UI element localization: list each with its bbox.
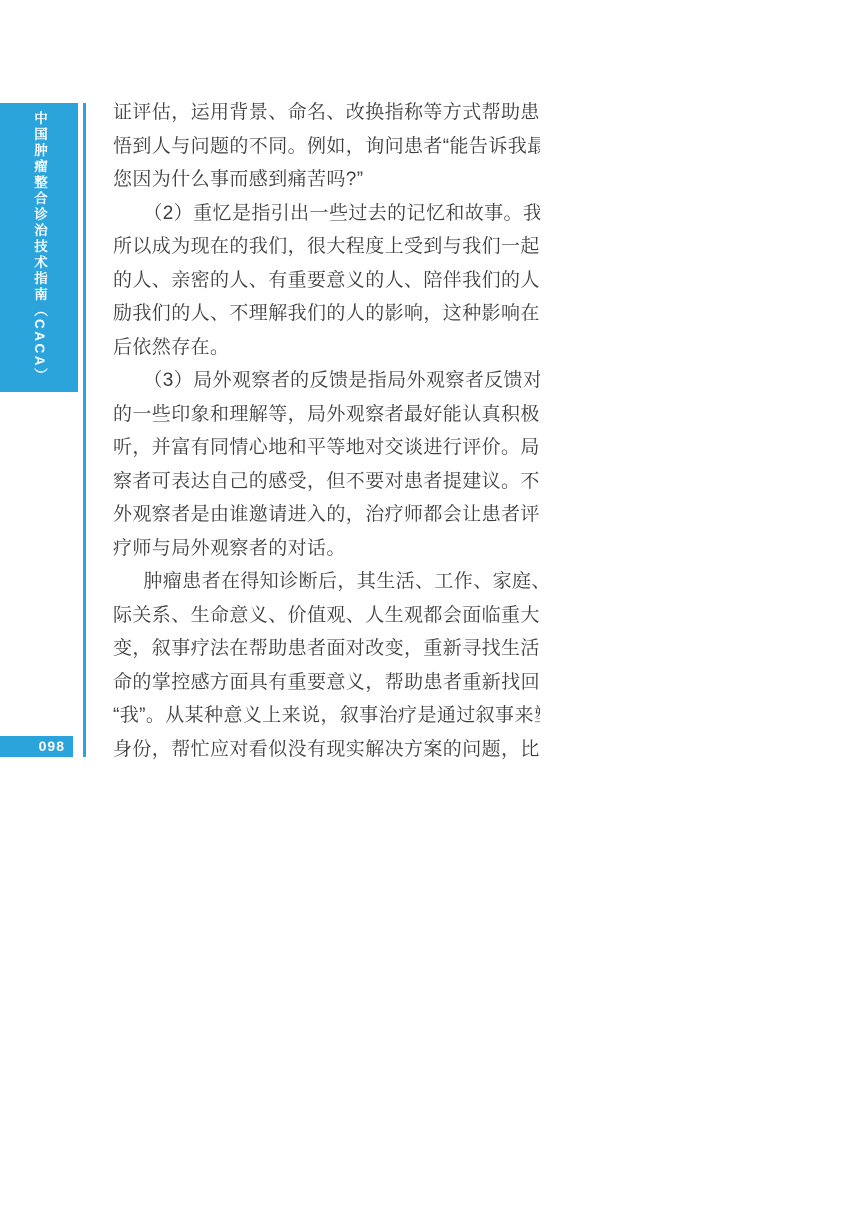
text-line: “我”。从某种意义上来说，叙事治疗是通过叙事来塑造	[113, 699, 540, 733]
text-line: 所以成为现在的我们，很大程度上受到与我们一起生活	[113, 230, 540, 264]
text-line: 外观察者是由谁邀请进入的，治疗师都会让患者评价治	[113, 498, 540, 532]
text-line: 悟到人与问题的不同。例如，询问患者“能告诉我最近	[113, 130, 540, 164]
book-title-sidebar: 中国肿瘤整合诊治技术指南（CACA）	[0, 103, 78, 392]
text-line: 命的掌控感方面具有重要意义，帮助患者重新找回	[113, 666, 540, 700]
text-line: 听，并富有同情心地和平等地对交谈进行评价。局外观	[113, 431, 540, 465]
text-line: （2）重忆是指引出一些过去的记忆和故事。我们之	[113, 197, 540, 231]
text-line: 励我们的人、不理解我们的人的影响，这种影响在生病	[113, 297, 540, 331]
text-line: 身份，帮忙应对看似没有现实解决方案的问题，比如死	[113, 733, 540, 767]
text-line: 肿瘤患者在得知诊断后，其生活、工作、家庭、人	[113, 565, 540, 599]
text-line: 的人、亲密的人、有重要意义的人、陪伴我们的人、激	[113, 264, 540, 298]
vertical-divider	[83, 103, 86, 757]
text-line: 察者可表达自己的感受，但不要对患者提建议。不管局	[113, 465, 540, 499]
text-line: 际关系、生命意义、价值观、人生观都会面临重大改	[113, 599, 540, 633]
text-line: 变，叙事疗法在帮助患者面对改变，重新寻找生活和生	[113, 632, 540, 666]
book-title-vertical-text: 中国肿瘤整合诊治技术指南（CACA）	[29, 111, 49, 384]
text-line: 的一些印象和理解等，局外观察者最好能认真积极地倾	[113, 398, 540, 432]
page-number-badge: 098	[0, 736, 73, 757]
text-line: （3）局外观察者的反馈是指局外观察者反馈对交谈	[113, 364, 540, 398]
text-line: 您因为什么事而感到痛苦吗?”	[113, 163, 540, 197]
text-line: 后依然存在。	[113, 331, 540, 365]
text-line: 疗师与局外观察者的对话。	[113, 532, 540, 566]
text-line: 证评估，运用背景、命名、改换指称等方式帮助患者领	[113, 96, 540, 130]
body-text: 证评估，运用背景、命名、改换指称等方式帮助患者领悟到人与问题的不同。例如，询问患…	[113, 96, 540, 766]
book-page: 中国肿瘤整合诊治技术指南（CACA） 098 证评估，运用背景、命名、改换指称等…	[0, 0, 867, 1218]
